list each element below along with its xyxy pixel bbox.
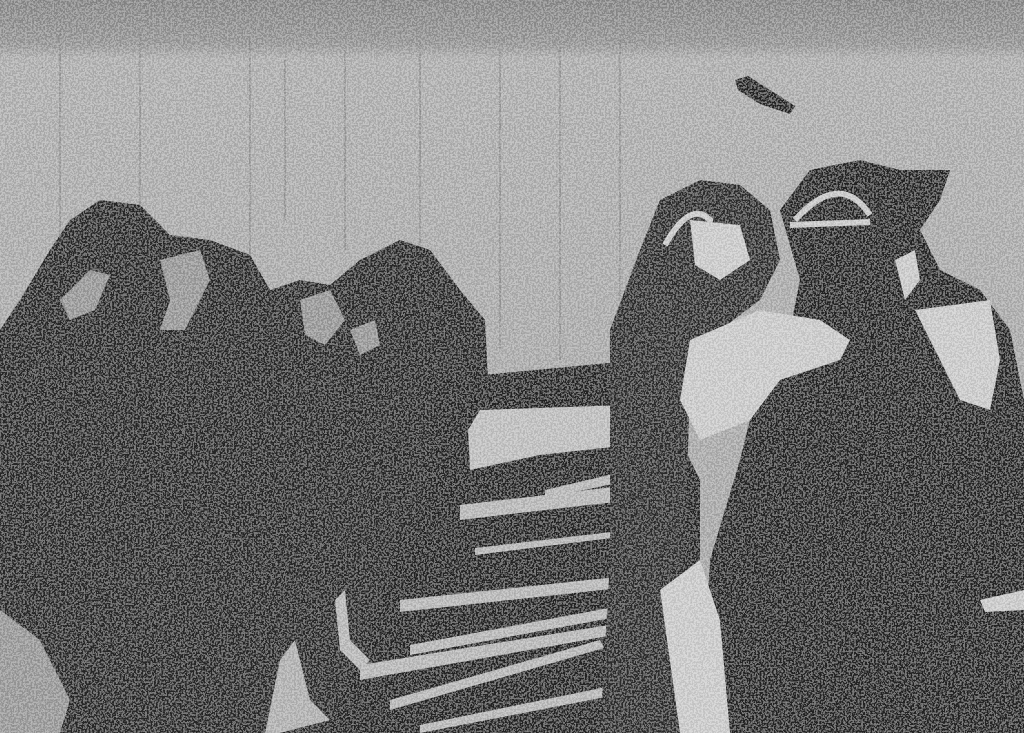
photograph: High-contrast, heavily noise-textured bl… [0,0,1024,733]
photo-canvas [0,0,1024,733]
